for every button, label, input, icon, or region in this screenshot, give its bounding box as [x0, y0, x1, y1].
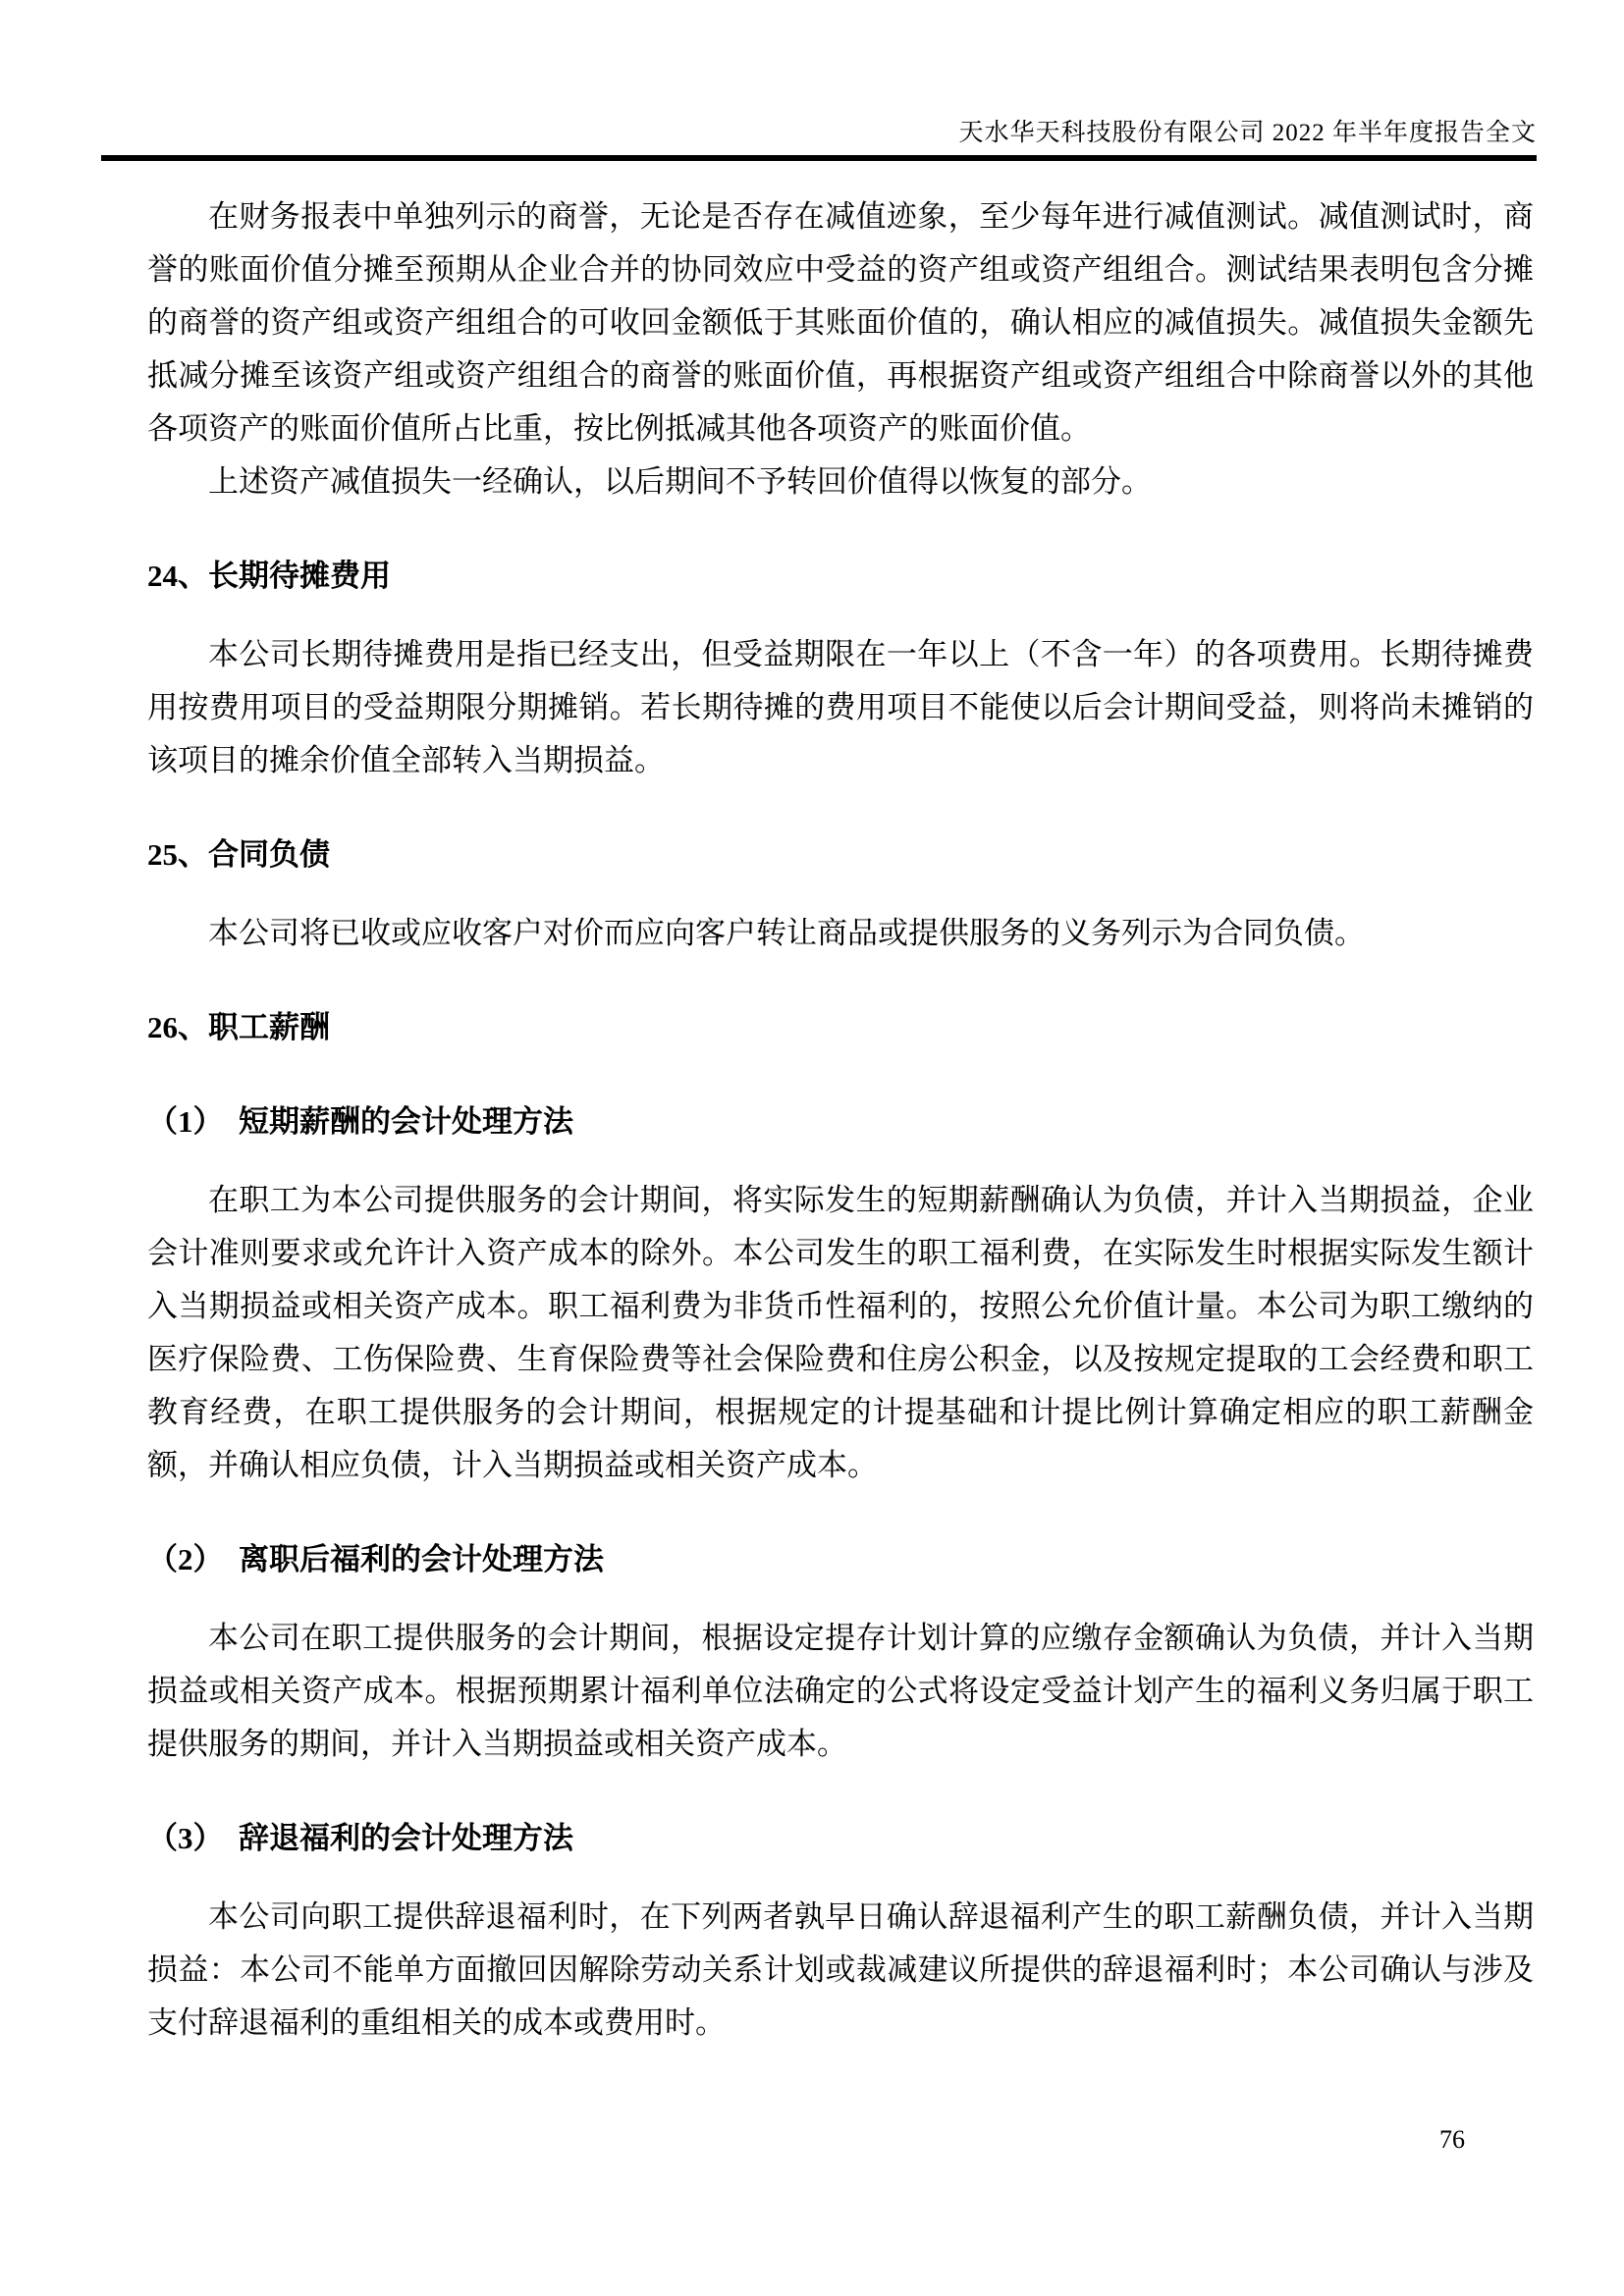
paragraph-contract-liabilities: 本公司将已收或应收客户对价而应向客户转让商品或提供服务的义务列示为合同负债。	[147, 907, 1534, 960]
section-heading-25-contract-liabilities: 25、合同负债	[147, 828, 1534, 881]
subsection-heading-3-termination-benefits: （3） 辞退福利的会计处理方法	[147, 1812, 1534, 1865]
paragraph-post-employment-benefits: 本公司在职工提供服务的会计期间，根据设定提存计划计算的应缴存金额确认为负债，并计…	[147, 1612, 1534, 1771]
paragraph-termination-benefits: 本公司向职工提供辞退福利时，在下列两者孰早日确认辞退福利产生的职工薪酬负债，并计…	[147, 1891, 1534, 2050]
header-divider-rule	[101, 155, 1537, 161]
paragraph-goodwill-impairment-test: 在财务报表中单独列示的商誉，无论是否存在减值迹象，至少每年进行减值测试。减值测试…	[147, 190, 1534, 455]
section-heading-26-employee-compensation: 26、职工薪酬	[147, 1001, 1534, 1054]
page-body: 在财务报表中单独列示的商誉，无论是否存在减值迹象，至少每年进行减值测试。减值测试…	[147, 190, 1534, 2050]
paragraph-long-term-deferred-expenses: 本公司长期待摊费用是指已经支出，但受益期限在一年以上（不含一年）的各项费用。长期…	[147, 628, 1534, 787]
paragraph-short-term-compensation: 在职工为本公司提供服务的会计期间，将实际发生的短期薪酬确认为负债，并计入当期损益…	[147, 1174, 1534, 1492]
page-number: 76	[1439, 2124, 1465, 2156]
subsection-heading-2-post-employment-benefits: （2） 离职后福利的会计处理方法	[147, 1533, 1534, 1586]
section-heading-24-long-term-deferred-expenses: 24、长期待摊费用	[147, 550, 1534, 603]
paragraph-impairment-no-reversal: 上述资产减值损失一经确认，以后期间不予转回价值得以恢复的部分。	[147, 455, 1534, 508]
report-page: 天水华天科技股份有限公司 2022 年半年度报告全文 在财务报表中单独列示的商誉…	[0, 0, 1624, 2296]
report-header-title: 天水华天科技股份有限公司 2022 年半年度报告全文	[101, 118, 1537, 149]
subsection-heading-1-short-term-compensation: （1） 短期薪酬的会计处理方法	[147, 1095, 1534, 1148]
